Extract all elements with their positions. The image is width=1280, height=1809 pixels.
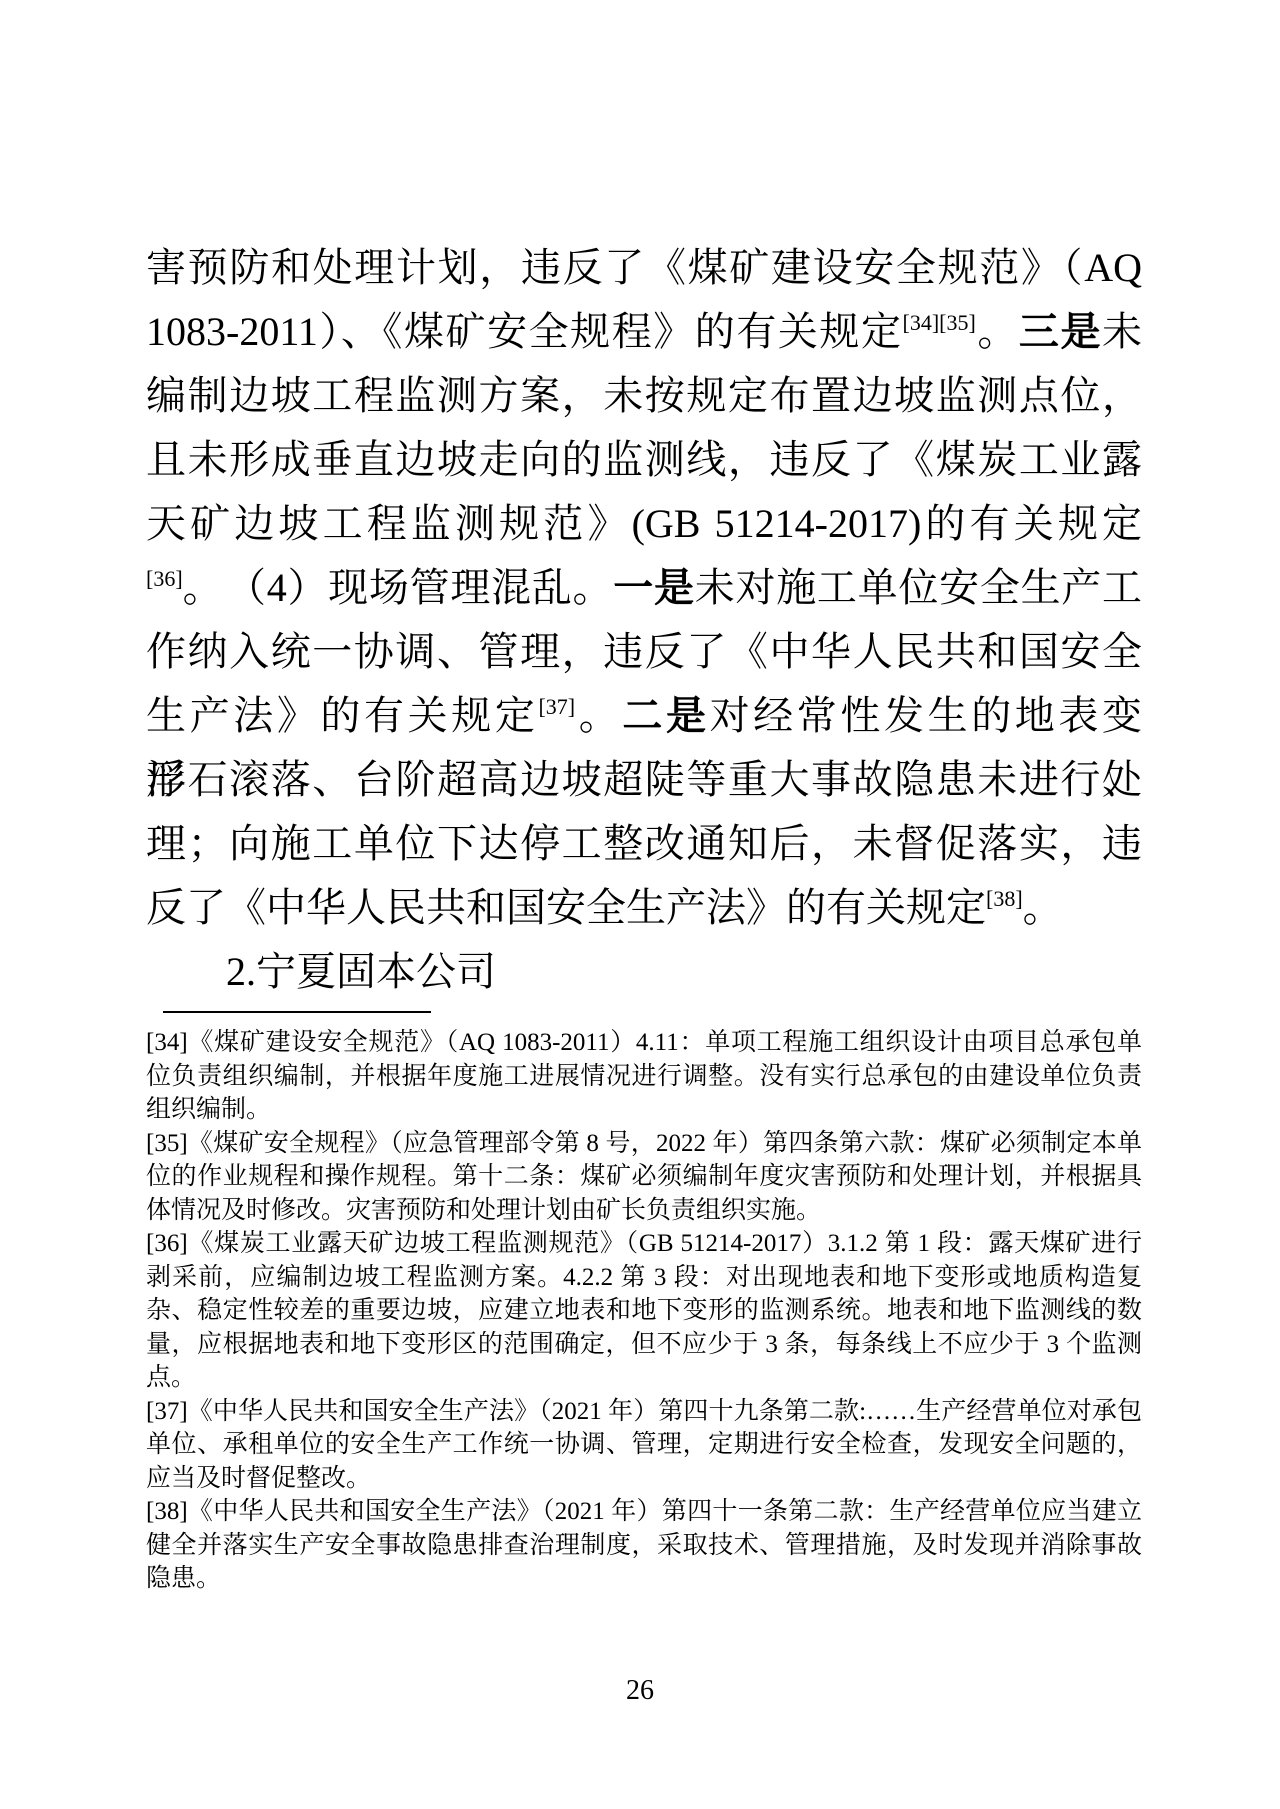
body-line: 1083-2011）、《煤矿安全规程》的有关规定[34][35]。三是未 [146, 300, 1142, 364]
text-segment: 作纳入统一协调、管理，违反了《中华人民共和国安全 [146, 629, 1142, 674]
footnote-ref-superscript: [36] [146, 566, 183, 591]
page-number: 26 [0, 1674, 1280, 1708]
text-segment: 未对施工单位安全生产工 [695, 565, 1142, 610]
text-segment: 编制边坡工程监测方案，未按规定布置边坡监测点位， [146, 373, 1142, 418]
text-segment: 。 [1023, 885, 1063, 930]
text-segment: 理；向施工单位下达停工整改通知后，未督促落实，违 [146, 821, 1142, 866]
text-segment: 。 [575, 693, 622, 738]
footnote-separator [163, 1011, 431, 1013]
text-segment: 。 [976, 309, 1019, 354]
footnote-item: [36]《煤炭工业露天矿边坡工程监测规范》（GB 51214-2017）3.1.… [146, 1227, 1142, 1395]
body-line: 作纳入统一协调、管理，违反了《中华人民共和国安全 [146, 620, 1142, 684]
body-line: 且未形成垂直边坡走向的监测线，违反了《煤炭工业露 [146, 428, 1142, 492]
text-segment: 2.宁夏固本公司 [226, 949, 496, 994]
footnote-item: [38]《中华人民共和国安全生产法》（2021 年）第四十一条第二款：生产经营单… [146, 1495, 1142, 1596]
body-line: 害预防和处理计划，违反了《煤矿建设安全规范》（AQ [146, 236, 1142, 300]
footnotes: [34]《煤矿建设安全规范》（AQ 1083-2011）4.11：单项工程施工组… [146, 1026, 1142, 1596]
footnote-ref-superscript: [37] [538, 694, 575, 719]
text-segment: 未 [1102, 309, 1142, 354]
bold-emphasis: 一是 [613, 565, 694, 610]
body-line: 编制边坡工程监测方案，未按规定布置边坡监测点位， [146, 364, 1142, 428]
footnote-ref-superscript: [38] [986, 886, 1023, 911]
body-line: 理；向施工单位下达停工整改通知后，未督促落实，违 [146, 812, 1142, 876]
body-line: 浮石滚落、台阶超高边坡超陡等重大事故隐患未进行处 [146, 748, 1142, 812]
body-line: 天矿边坡工程监测规范》(GB 51214-2017)的有关规定[36]。 [146, 492, 1142, 556]
footnote-item: [34]《煤矿建设安全规范》（AQ 1083-2011）4.11：单项工程施工组… [146, 1026, 1142, 1127]
footnote-ref-superscript: [34][35] [903, 310, 976, 335]
body-text: 害预防和处理计划，违反了《煤矿建设安全规范》（AQ1083-2011）、《煤矿安… [146, 236, 1142, 1004]
document-page: 害预防和处理计划，违反了《煤矿建设安全规范》（AQ1083-2011）、《煤矿安… [0, 0, 1280, 1809]
text-segment: 生产法》的有关规定 [146, 693, 538, 738]
bold-emphasis: 三是 [1019, 309, 1102, 354]
text-segment: 1083-2011）、《煤矿安全规程》的有关规定 [146, 309, 903, 354]
text-segment: （4）现场管理混乱。 [226, 565, 613, 610]
body-line: 反了《中华人民共和国安全生产法》的有关规定[38]。 [146, 876, 1142, 940]
bold-emphasis: 二是 [622, 693, 709, 738]
footnote-item: [37]《中华人民共和国安全生产法》（2021 年）第四十九条第二款:……生产经… [146, 1395, 1142, 1496]
body-line: 2.宁夏固本公司 [146, 940, 1142, 1004]
text-segment: 浮石滚落、台阶超高边坡超陡等重大事故隐患未进行处 [146, 757, 1142, 802]
text-segment: 。 [183, 565, 223, 610]
footnote-item: [35]《煤矿安全规程》（应急管理部令第 8 号，2022 年）第四条第六款：煤… [146, 1127, 1142, 1228]
body-line: （4）现场管理混乱。一是未对施工单位安全生产工 [146, 556, 1142, 620]
text-segment: 害预防和处理计划，违反了《煤矿建设安全规范》（AQ [146, 245, 1142, 290]
text-segment: 且未形成垂直边坡走向的监测线，违反了《煤炭工业露 [146, 437, 1142, 482]
text-segment: 天矿边坡工程监测规范》(GB 51214-2017)的有关规定 [146, 501, 1142, 546]
body-line: 生产法》的有关规定[37]。二是对经常性发生的地表变形、 [146, 684, 1142, 748]
text-segment: 反了《中华人民共和国安全生产法》的有关规定 [146, 885, 986, 930]
